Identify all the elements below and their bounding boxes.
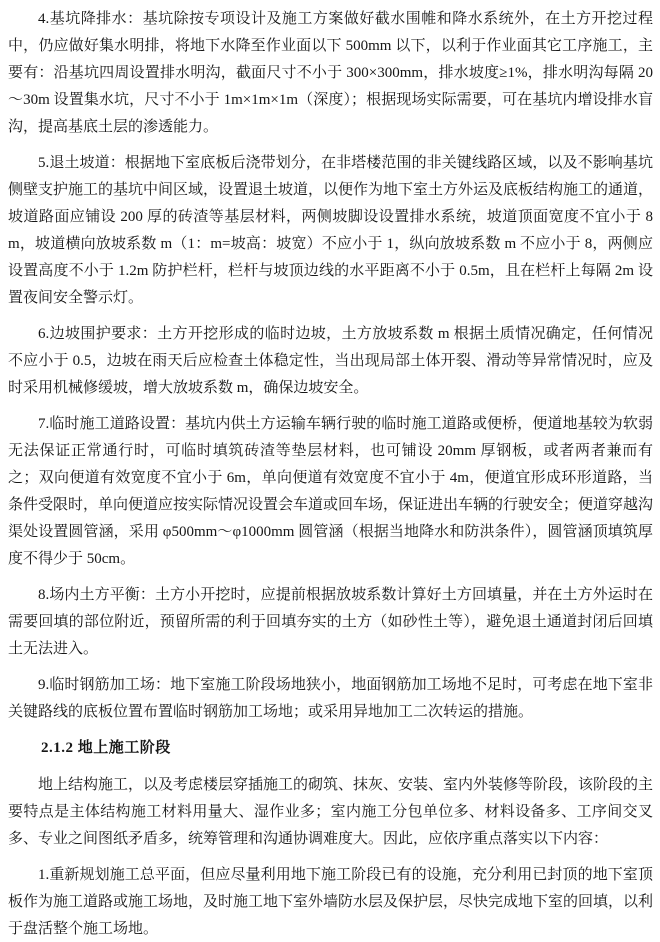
paragraph-9-rebar-yard: 9.临时钢筋加工场：地下室施工阶段场地狭小，地面钢筋加工场地不足时，可考虑在地下…	[8, 672, 653, 726]
paragraph-5-earth-ramp: 5.退土坡道：根据地下室底板后浇带划分，在非塔楼范围的非关键线路区域，以及不影响…	[8, 150, 653, 312]
document-body: 4.基坑降排水：基坑除按专项设计及施工方案做好截水围帷和降水系统外，在土方开挖过…	[8, 6, 653, 942]
paragraph-4-dewatering: 4.基坑降排水：基坑除按专项设计及施工方案做好截水围帷和降水系统外，在土方开挖过…	[8, 6, 653, 141]
paragraph-aboveground-overview: 地上结构施工，以及考虑楼层穿插施工的砌筑、抹灰、安装、室内外装修等阶段，该阶段的…	[8, 772, 653, 853]
section-heading-2-1-2: 2.1.2 地上施工阶段	[8, 735, 653, 762]
paragraph-6-slope-protection: 6.边坡围护要求：土方开挖形成的临时边坡，土方放坡系数 m 根据土质情况确定，任…	[8, 321, 653, 402]
paragraph-7-temp-roads: 7.临时施工道路设置：基坑内供土方运输车辆行驶的临时施工道路或便桥，便道地基较为…	[8, 411, 653, 573]
paragraph-8-earth-balance: 8.场内土方平衡：土方小开挖时，应提前根据放坡系数计算好土方回填量，并在土方外运…	[8, 582, 653, 663]
document-page: 4.基坑降排水：基坑除按专项设计及施工方案做好截水围帷和降水系统外，在土方开挖过…	[0, 0, 660, 942]
paragraph-1-site-replanning: 1.重新规划施工总平面，但应尽量利用地下施工阶段已有的设施，充分利用已封顶的地下…	[8, 862, 653, 942]
